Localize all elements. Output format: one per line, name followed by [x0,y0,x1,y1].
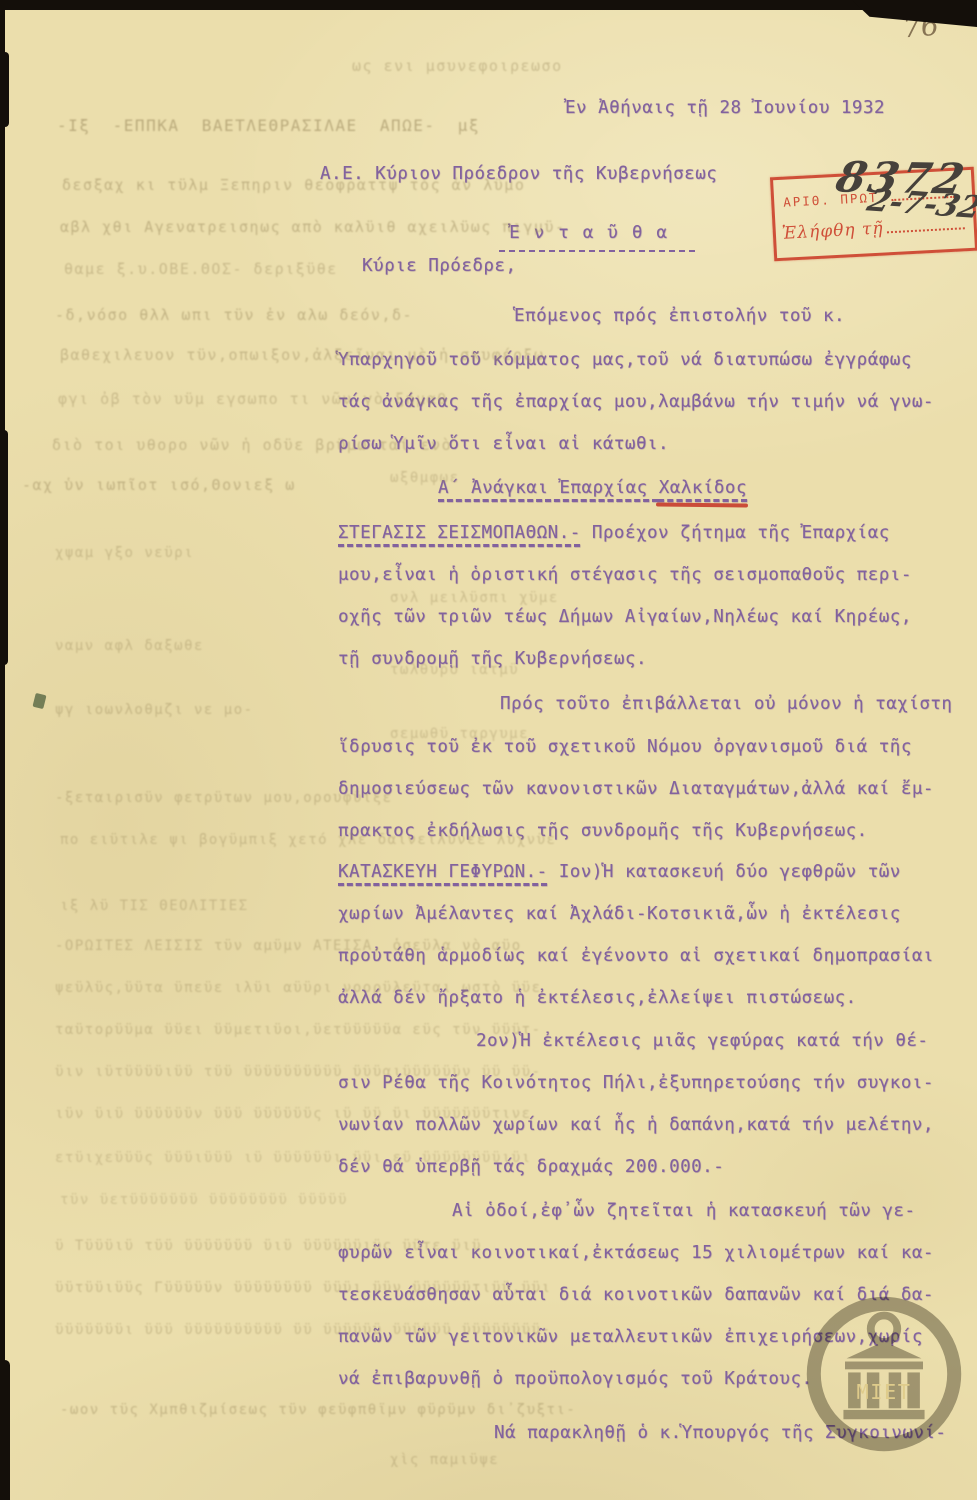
bleedthrough-text: ναμν αφλ δαξωθε [55,638,204,654]
place-line-text: Ἐνταῦθα [499,222,695,252]
typed-line: ἀλλά δέν ἤρξατο ἡ ἐκτέλεσις,ἐλλείψει πισ… [338,987,857,1009]
bleedthrough-text: σνλ μειλϋσπι χϋμε [390,590,559,606]
scan-edge-left-bump [0,430,8,665]
typed-line: ΣΤΕΓΑΣΙΣ ΣΕΙΣΜΟΠΑΘΩΝ.- Προέχον ζήτημα τῆ… [338,522,890,544]
red-underlined-word: Χαλκίδος [659,478,747,498]
bleedthrough-text: -Ιξ -ΕΠΠΚΑ ΒΑΕΤΛΕΘΡΑΣΙΛΑΕ ΑΠΩΕ- μξ [57,116,480,135]
watermark-label: ΜΙΕΤ [856,1380,911,1404]
typed-line: δημοσιεύσεως τῶν κανονιστικῶν Διαταγμάτω… [338,778,934,800]
bleedthrough-text: ταϋτορϋϋμα ϋϋει ϋϋμετιϋοι,ϋετϋϋϋϋϋα εϋς … [55,1022,542,1038]
bleedthrough-text: τϋν ϋετϋϋϋϋϋϋϋ ϋϋϋϋϋϋϋϋ ϋϋϋϋϋ [60,1192,348,1208]
typed-line: ἵδρυσις τοῦ ἐκ τοῦ σχετικοῦ Νόμου ὀργανι… [338,736,912,758]
bleedthrough-text: -αχ ὑν ιωπῖοτ ισό,Θονιεξ ω [22,476,296,494]
bleedthrough-text: χψαμ γξο νεϋρι [55,545,194,561]
bleedthrough-text: ιξ λϋ ΤΙΣ ΘΕΟΛΙΤΙΕΣ [60,898,249,914]
typed-line: νωνίαν πολλῶν χωρίων καί ἧς ἡ δαπάνη,κατ… [338,1114,934,1136]
typed-line: ρίσω Ὑμῖν ὅτι εἶναι αἱ κάτωθι. [338,433,669,455]
typed-line: 2ον)Ἡ ἐκτέλεσις μιᾶς γεφύρας κατά τήν θέ… [476,1030,928,1052]
addressee-line: Α.Ε. Κύριον Πρόεδρον τῆς Κυβερνήσεως [320,163,717,185]
stamp-received-label: Ἐλήφθη τῇ [781,219,884,244]
bleedthrough-text: -δ,νόσο θλλ ωπι τϋν ἐν αλω δεόν,δ- [55,306,413,324]
typed-line: Ὑπαρχηγοῦ τοῦ κόμματος μας,τοῦ νά διατυπ… [338,349,912,371]
scan-edge-top [0,0,977,10]
document-page: 76 Ἐν Ἀθήναις τῇ 28 Ἰουνίου 1932 Α.Ε. Κύ… [0,0,977,1500]
line-text: Ιον)Ἡ κατασκευή δύο γεφθρῶν τῶν [548,862,901,882]
miet-watermark-logo: ΜΙΕΤ [806,1296,962,1452]
typed-line: μου,εἶναι ἡ ὁριστική στέγασις τῆς σεισμο… [338,564,912,586]
bleedthrough-text: ως ενι μσυνεφοιρεωσο [352,57,563,75]
section-title: Α´ Ἀνάγκαι Ἐπαρχίας Χαλκίδος [438,478,747,498]
typed-line: τῇ συνδρομῇ τῆς Κυβερνήσεως. [338,648,647,670]
date-line: Ἐν Ἀθήναις τῇ 28 Ἰουνίου 1932 [565,97,885,119]
line-text: Προέχον ζήτημα τῆς Ἐπαρχίας [581,523,890,543]
bleedthrough-text: ψγ ιοωνλοθμζι νε μο- [55,702,254,718]
typed-line: προὐτάθη ἁρμοδίως καί ἐγένοντο αἱ σχετικ… [338,945,934,967]
scan-edge-bottom-left [0,1360,10,1500]
typed-line: Α´ Ἀνάγκαι Ἐπαρχίας Χαλκίδος [438,477,747,499]
bleedthrough-text: -ωον τϋς Χμπθιζμίσεως τϋν φεϋφπθϊμν φϋρϋ… [60,1402,576,1418]
bleedthrough-text: θαμε ξ.υ.ΟΒΕ.ΘΟΣ- δεριξϋθε [64,260,338,278]
section-heading: ΚΑΤΑΣΚΕΥΗ ΓΕΦΥΡΩΝ.- [338,862,548,882]
typed-line: φυρῶν εἶναι κοινοτικαί,ἐκτάσεως 15 χιλιο… [338,1242,934,1264]
typed-line: ΚΑΤΑΣΚΕΥΗ ΓΕΦΥΡΩΝ.- Ιον)Ἡ κατασκευή δύο … [338,861,901,883]
scan-edge-left [0,0,5,1500]
salutation-line: Κύριε Πρόεδρε, [362,255,517,277]
typed-line: χωρίων Ἀμέλαντες καί Ἀχλάδι-Κοτσικιᾶ,ὧν … [338,903,901,925]
stamp-dotted-line [886,223,964,233]
scan-edge-left-bump [0,52,9,127]
protocol-stamp: ΑΡΙΘ. ΠΡΩΤ. Ἐλήφθη τῇ 8372 2-7-32 [770,167,977,262]
typed-line: δέν θά ὑπερβῇ τάς δραχμάς 200.000.- [338,1156,724,1178]
bleedthrough-text: χὶς παμιϋψε [390,1452,499,1468]
section-heading: ΣΤΕΓΑΣΙΣ ΣΕΙΣΜΟΠΑΘΩΝ.- [338,523,581,543]
typed-line: Αἱ ὁδοί,ἐφ᾽ὧν ζητεῖται ἡ κατασκευή τῶν γ… [452,1200,916,1222]
typed-line: Ἑπόμενος πρός ἐπιστολήν τοῦ κ. [514,305,845,327]
ink-spot [32,693,46,709]
typed-line: τάς ἀνάγκας τῆς ἐπαρχίας μου,λαμβάνω τήν… [338,391,934,413]
typed-line: νά ἐπιβαρυνθῇ ὁ προϋπολογισμός τοῦ Κράτο… [338,1368,813,1390]
typed-line: Πρός τοῦτο ἐπιβάλλεται οὐ μόνον ἡ ταχίστ… [500,693,952,715]
typed-line: οχῆς τῶν τριῶν τέως Δήμων Αἰγαίων,Νηλέως… [338,606,912,628]
typed-line: σιν Ρέθα τῆς Κοινότητος Πήλι,ἐξυπηρετούσ… [338,1072,934,1094]
typed-line: πρακτος ἐκδήλωσις τῆς συνδρομῆς τῆς Κυβε… [338,820,868,842]
